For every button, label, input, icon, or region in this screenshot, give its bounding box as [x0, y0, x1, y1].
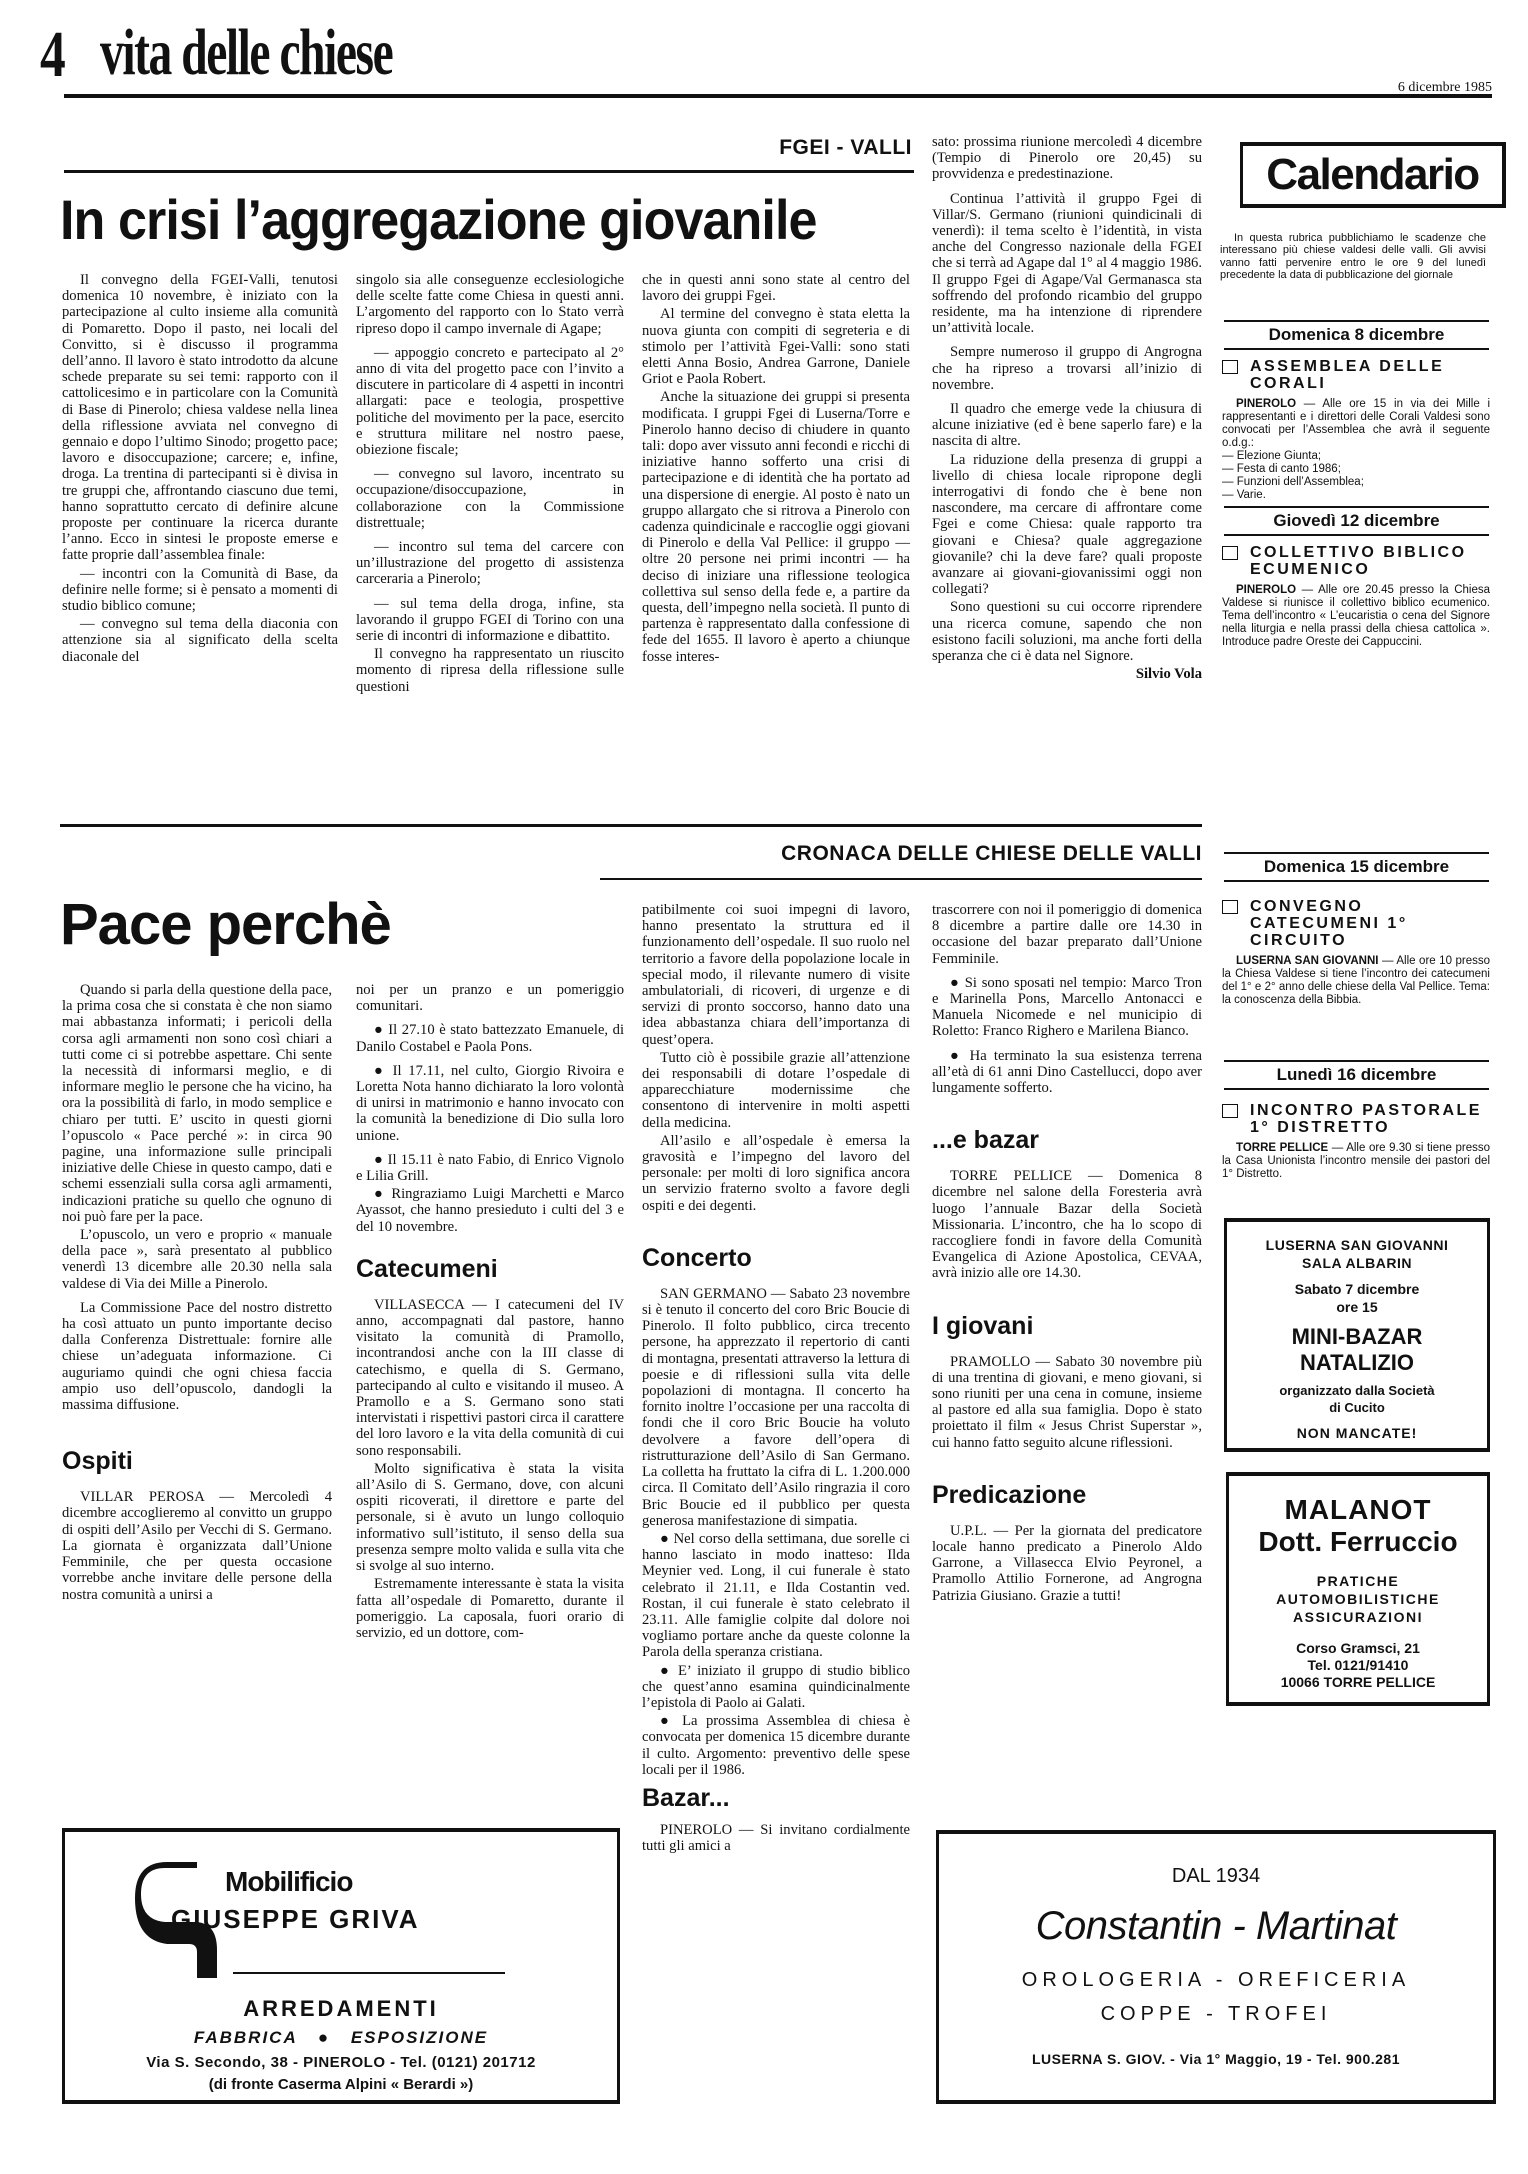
checkbox-icon	[1222, 900, 1238, 914]
catecumeni-heading: Catecumeni	[356, 1255, 624, 1283]
ad-minibazar: LUSERNA SAN GIOVANNI SALA ALBARIN Sabato…	[1224, 1218, 1490, 1452]
cronaca-top-rule	[60, 824, 1202, 827]
checkbox-icon	[1222, 1104, 1238, 1118]
day-header: Domenica 15 dicembre	[1224, 852, 1489, 882]
section-title: vita delle chiese	[100, 18, 392, 88]
ad-griva: Mobilificio GIUSEPPE GRIVA ARREDAMENTI F…	[62, 1828, 620, 2104]
griva-category: ARREDAMENTI	[65, 1996, 617, 2022]
griva-brand-name: GIUSEPPE GRIVA	[171, 1904, 420, 1935]
masthead-rule	[64, 94, 1492, 98]
event-title: ASSEMBLEA DELLE CORALI	[1250, 358, 1490, 392]
cronaca-col-1: Quando si parla della questione della pa…	[62, 982, 332, 1605]
griva-divider	[233, 1972, 505, 1974]
cronaca-col-4: trascorrere con noi il pomeriggio di dom…	[932, 902, 1202, 1606]
lead-author: Silvio Vola	[932, 666, 1202, 682]
bazar-heading: Bazar...	[642, 1784, 910, 1812]
lead-kicker-rule	[64, 170, 914, 173]
cronaca-headline: Pace perchè	[60, 892, 391, 958]
lead-headline: In crisi l’aggregazione giovanile	[60, 188, 817, 252]
cronaca-kicker-rule	[600, 878, 1202, 880]
constantin-since: DAL 1934	[939, 1864, 1493, 1888]
event-title: COLLETTIVO BIBLICO ECUMENICO	[1250, 544, 1490, 578]
lead-col-2: singolo sia alle conseguenze ecclesiolog…	[356, 272, 624, 697]
event-place: PINEROLO	[1236, 584, 1296, 596]
cronaca-kicker: CRONACA DELLE CHIESE DELLE VALLI	[620, 842, 1202, 866]
ad-constantin: DAL 1934 Constantin - Martinat OROLOGERI…	[936, 1830, 1496, 2104]
constantin-address: LUSERNA S. GIOV. - Via 1° Maggio, 19 - T…	[939, 2050, 1493, 2068]
ad-malanot: MALANOT Dott. Ferruccio PRATICHE AUTOMOB…	[1226, 1472, 1490, 1706]
lead-col-3: che in questi anni sono state al centro …	[642, 272, 910, 667]
calendar-event: ASSEMBLEA DELLE CORALI PINEROLO — Alle o…	[1222, 358, 1490, 502]
event-title: CONVEGNO CATECUMENI 1° CIRCUITO	[1250, 898, 1490, 949]
lead-col-4: sato: prossima riunione mercoledì 4 dice…	[932, 134, 1202, 683]
event-place: TORRE PELLICE	[1236, 1142, 1328, 1154]
calendar-event: CONVEGNO CATECUMENI 1° CIRCUITO LUSERNA …	[1222, 898, 1490, 1007]
checkbox-icon	[1222, 360, 1238, 374]
day-header: Domenica 8 dicembre	[1224, 320, 1489, 350]
checkbox-icon	[1222, 546, 1238, 560]
constantin-line2: COPPE - TROFEI	[939, 2002, 1493, 2026]
cronaca-col-2: noi per un pranzo e un pomeriggio comuni…	[356, 982, 624, 1643]
event-place: LUSERNA SAN GIOVANNI	[1236, 955, 1378, 967]
calendar-event: INCONTRO PASTORALE 1° DISTRETTO TORRE PE…	[1222, 1102, 1490, 1181]
griva-address: Via S. Secondo, 38 - PINEROLO - Tel. (01…	[65, 2054, 617, 2071]
lead-col-1: Il convegno della FGEI-Valli, tenutosi d…	[62, 272, 338, 667]
cronaca-col-3: patibilmente coi suoi impegni di lavoro,…	[642, 902, 910, 1856]
calendario-title: Calendario	[1240, 142, 1506, 208]
griva-note: (di fronte Caserma Alpini « Berardi »)	[65, 2076, 617, 2093]
page-number: 4	[40, 22, 66, 88]
giovani-heading: I giovani	[932, 1312, 1202, 1340]
constantin-name: Constantin - Martinat	[939, 1902, 1493, 1950]
e-bazar-heading: ...e bazar	[932, 1126, 1202, 1154]
day-header: Giovedì 12 dicembre	[1224, 506, 1489, 536]
ospiti-heading: Ospiti	[62, 1447, 332, 1475]
concerto-heading: Concerto	[642, 1244, 910, 1272]
event-title: INCONTRO PASTORALE 1° DISTRETTO	[1250, 1102, 1490, 1136]
lead-kicker: FGEI - VALLI	[700, 136, 912, 160]
calendario-intro: In questa rubrica pubblichiamo le scaden…	[1220, 232, 1486, 282]
calendar-event: COLLETTIVO BIBLICO ECUMENICO PINEROLO — …	[1222, 544, 1490, 649]
predicazione-heading: Predicazione	[932, 1481, 1202, 1509]
constantin-line1: OROLOGERIA - OREFICERIA	[939, 1968, 1493, 1992]
event-place: PINEROLO	[1236, 398, 1296, 410]
griva-brand-top: Mobilificio	[225, 1866, 352, 1898]
day-header: Lunedì 16 dicembre	[1224, 1060, 1489, 1090]
